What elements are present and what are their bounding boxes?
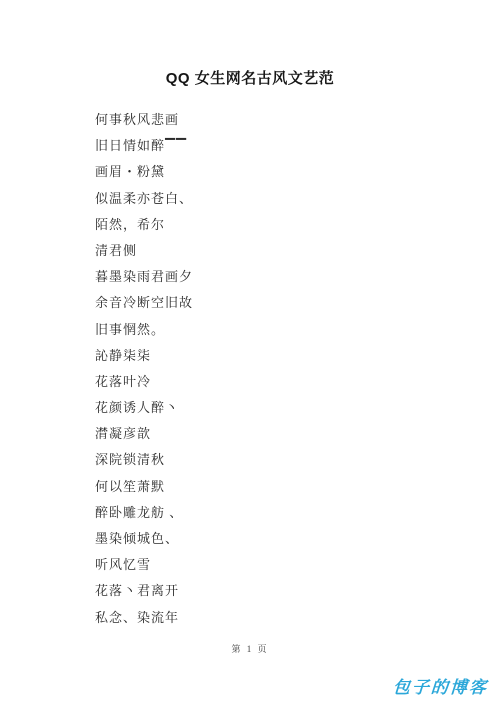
name-item: 墨染倾城色、 <box>95 526 460 552</box>
document-page: QQ 女生网名古风文艺范 何事秋风悲画旧日情如醉▔▔画眉・粉黛似温柔亦苍白、陌然… <box>0 0 500 708</box>
name-item: 暮墨染雨君画夕 <box>95 264 460 290</box>
name-item: 花落叶冷 <box>95 369 460 395</box>
name-item: 似温柔亦苍白、 <box>95 186 460 212</box>
name-item: 画眉・粉黛 <box>95 159 460 185</box>
name-item: 潸凝彦歆 <box>95 421 460 447</box>
name-item: 旧事惘然。 <box>95 317 460 343</box>
name-item: 旧日情如醉▔▔ <box>95 133 460 159</box>
name-item: 清君侧 <box>95 238 460 264</box>
name-item: 花颜诱人醉丶 <box>95 395 460 421</box>
name-item: 何事秋风悲画 <box>95 107 460 133</box>
name-item: 余音冷断空旧故 <box>95 290 460 316</box>
name-list: 何事秋风悲画旧日情如醉▔▔画眉・粉黛似温柔亦苍白、陌然，希尔清君侧暮墨染雨君画夕… <box>95 107 460 631</box>
blog-watermark: 包子的博客 <box>392 673 489 698</box>
name-item: 訫静柒柒 <box>95 343 460 369</box>
name-item: 听风忆雪 <box>95 552 460 578</box>
name-item: 深院锁清秋 <box>95 447 460 473</box>
name-item: 私念、染流年 <box>95 605 460 631</box>
name-item: 醉卧雕龙舫 、 <box>95 500 460 526</box>
document-title: QQ 女生网名古风文艺范 <box>0 67 500 88</box>
name-item: 花落丶君离开 <box>95 578 460 604</box>
name-item: 陌然，希尔 <box>95 212 460 238</box>
page-number: 第 1 页 <box>0 642 500 655</box>
name-item: 何以笙萧默 <box>95 474 460 500</box>
